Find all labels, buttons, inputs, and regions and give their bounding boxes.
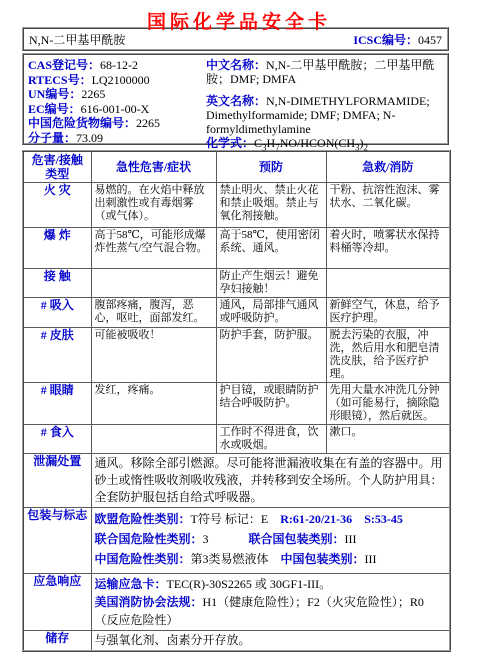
exposure-firstaid [326,269,450,298]
eyes-symptoms: 发红，疼痛。 [91,383,216,425]
ingestion-prevention: 工作时不得进食，饮水或吸烟。 [216,425,326,454]
substance-name: N,N-二甲基甲酰胺 [29,31,125,48]
identifiers-left-column: CAS登记号：68-12-2 RTECS号：LQ2100000 UN编号：226… [28,58,206,140]
page-title: 国际化学品安全卡 [0,0,478,26]
inhalation-symptoms: 腹部疼痛，腹泻，恶心，呕吐，面部发红。 [91,298,216,328]
row-label-inhalation: # 吸入 [23,298,91,328]
ec-number-line: EC编号：616-001-00-X [28,102,206,117]
skin-symptoms: 可能被吸收！ [91,328,216,383]
identifiers-box: CAS登记号：68-12-2 RTECS号：LQ2100000 UN编号：226… [22,53,449,145]
chemical-formula-line: 化学式：C3H7NO/HCON(CH3)2 [206,136,443,154]
exposure-prevention: 防止产生烟云！避免孕妇接触！ [216,269,326,298]
table-row-skin: # 皮肤 可能被吸收！ 防护手套，防护服。 脱去污染的衣服，冲洗，然后用水和肥皂… [23,328,450,383]
hazard-table-header-row: 危害/接触类型 急性危害/症状 预防 急救/消防 [23,151,450,183]
col-header-hazard-type: 危害/接触类型 [23,151,91,183]
nfpa-code-line: 美国消防协会法规：H1（健康危险性）；F2（火灾危险性）；R0（反应危险性） [95,593,447,629]
row-label-packaging: 包装与标志 [23,508,91,574]
emergency-content: 运输应急卡：TEC(R)-30S2265 或 30GF1-III。 美国消防协会… [91,574,450,631]
eyes-firstaid: 先用大量水冲洗几分钟（如可能易行，摘除隐形眼镜），然后就医。 [326,383,450,425]
fire-firstaid: 干粉、抗溶性泡沫、雾状水、二氧化碳。 [326,183,450,228]
explosion-prevention: 高于58℃，使用密闭系统、通风。 [216,228,326,269]
table-row-fire: 火 灾 易燃的。在火焰中释放出刺激性或有毒烟雾（或气体）。 禁止明火、禁止火花和… [23,183,450,228]
row-label-storage: 储存 [23,631,91,652]
row-label-ingestion: # 食入 [23,425,91,454]
row-label-fire: 火 灾 [23,183,91,228]
table-row-packaging: 包装与标志 欧盟危险性类别：T符号 标记：ER:61-20/21-36S:53-… [23,508,450,574]
col-header-symptoms: 急性危害/症状 [91,151,216,183]
row-label-eyes: # 眼睛 [23,383,91,425]
row-label-explosion: 爆 炸 [23,228,91,269]
col-header-firstaid: 急救/消防 [326,151,450,183]
packaging-content: 欧盟危险性类别：T符号 标记：ER:61-20/21-36S:53-45 联合国… [91,508,450,574]
eyes-prevention: 护目镜，或眼睛防护结合呼吸防护。 [216,383,326,425]
cn-hazard-class-line: 中国危险性类别：第3类易燃液体中国包装类别：III [95,549,447,569]
table-row-exposure: 接 触 防止产生烟云！避免孕妇接触！ [23,269,450,298]
eu-hazard-class-line: 欧盟危险性类别：T符号 标记：ER:61-20/21-36S:53-45 [95,509,447,529]
inhalation-prevention: 通风，局部排气通风或呼吸防护。 [216,298,326,328]
un-number-line: UN编号：2265 [28,87,206,102]
row-label-exposure: 接 触 [23,269,91,298]
ingestion-firstaid: 漱口。 [326,425,450,454]
explosion-symptoms: 高于58℃，可能形成爆炸性蒸气/空气混合物。 [91,228,216,269]
table-row-emergency: 应急响应 运输应急卡：TEC(R)-30S2265 或 30GF1-III。 美… [23,574,450,631]
english-name-line: 英文名称：N,N-DIMETHYLFORMAMIDE; Dimethylform… [206,94,443,136]
table-row-ingestion: # 食入 工作时不得进食，饮水或吸烟。 漱口。 [23,425,450,454]
table-row-storage: 储存 与强氧化剂、卤素分开存放。 [23,631,450,652]
col-header-prevention: 预防 [216,151,326,183]
skin-firstaid: 脱去污染的衣服，冲洗，然后用水和肥皂清洗皮肤，给予医疗护理。 [326,328,450,383]
hazard-table: 危害/接触类型 急性危害/症状 预防 急救/消防 火 灾 易燃的。在火焰中释放出… [22,150,451,652]
row-label-skin: # 皮肤 [23,328,91,383]
spill-content: 通风。移除全部引燃源。尽可能将泄漏液收集在有盖的容器中。用砂土或惰性吸收剂吸收残… [91,454,450,508]
row-label-spill: 泄漏处置 [23,454,91,508]
skin-prevention: 防护手套，防护服。 [216,328,326,383]
fire-prevention: 禁止明火、禁止火花和禁止吸烟。禁止与氧化剂接触。 [216,183,326,228]
cas-number-line: CAS登记号：68-12-2 [28,58,206,73]
un-hazard-class-line: 联合国危险性类别：3联合国包装类别：III [95,529,447,549]
explosion-firstaid: 着火时，喷雾状水保持料桶等冷却。 [326,228,450,269]
molecular-weight-line: 分子量：73.09 [28,131,206,146]
table-row-inhalation: # 吸入 腹部疼痛，腹泻，恶心，呕吐，面部发红。 通风，局部排气通风或呼吸防护。… [23,298,450,328]
icsc-card-page: 国际化学品安全卡 N,N-二甲基甲酰胺 ICSC编号：0457 CAS登记号：6… [0,0,478,663]
table-row-eyes: # 眼睛 发红，疼痛。 护目镜，或眼睛防护结合呼吸防护。 先用大量水冲洗几分钟（… [23,383,450,425]
rtecs-number-line: RTECS号：LQ2100000 [28,73,206,88]
ingestion-symptoms [91,425,216,454]
transport-emergency-card-line: 运输应急卡：TEC(R)-30S2265 或 30GF1-III。 [95,575,447,593]
icsc-number-label: ICSC编号： [353,33,418,47]
identifiers-right-column: 中文名称：N,N-二甲基甲酰胺；二甲基甲酰胺；DMF; DMFA 英文名称：N,… [206,58,443,140]
storage-content: 与强氧化剂、卤素分开存放。 [91,631,450,652]
table-row-explosion: 爆 炸 高于58℃，可能形成爆炸性蒸气/空气混合物。 高于58℃，使用密闭系统、… [23,228,450,269]
row-label-emergency: 应急响应 [23,574,91,631]
icsc-number-group: ICSC编号：0457 [353,31,442,48]
exposure-symptoms [91,269,216,298]
fire-symptoms: 易燃的。在火焰中释放出刺激性或有毒烟雾（或气体）。 [91,183,216,228]
inhalation-firstaid: 新鲜空气，休息，给予医疗护理。 [326,298,450,328]
china-dg-number-line: 中国危险货物编号：2265 [28,116,206,131]
table-row-spill: 泄漏处置 通风。移除全部引燃源。尽可能将泄漏液收集在有盖的容器中。用砂土或惰性吸… [23,454,450,508]
chinese-name-line: 中文名称：N,N-二甲基甲酰胺；二甲基甲酰胺；DMF; DMFA [206,58,443,86]
icsc-number-value: 0457 [418,33,442,47]
